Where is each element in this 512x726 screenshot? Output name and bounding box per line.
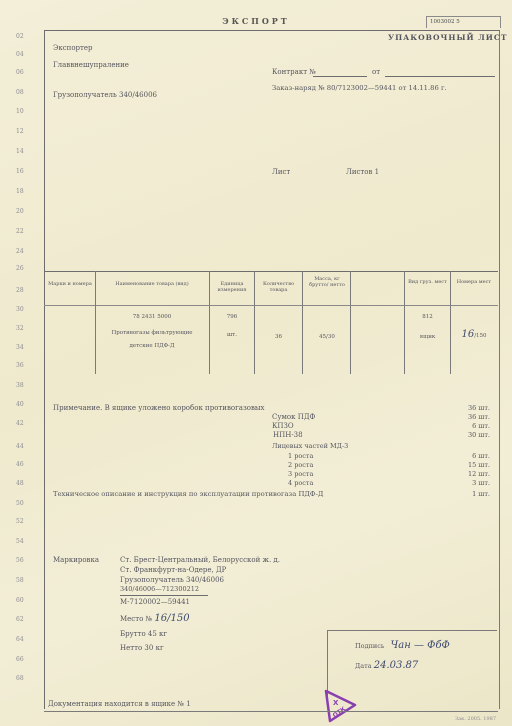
row-number: 48	[16, 480, 36, 487]
consignee: Грузополучатель 340/46006	[53, 91, 157, 99]
row-number: 18	[16, 188, 36, 195]
sheet-label: Лист	[272, 168, 290, 176]
row-number: 46	[16, 461, 36, 468]
marking-line: 340/46006—712300212	[120, 585, 199, 593]
row-number: 20	[16, 208, 36, 215]
marking-place: Место № 16/150	[120, 613, 190, 624]
row-number: 44	[16, 443, 36, 450]
exporter-label: Экспортер	[53, 44, 93, 52]
row-number: 56	[16, 557, 36, 564]
contract-number-line	[313, 76, 367, 77]
sheets-count: Листов 1	[346, 168, 379, 176]
marking-line: М-7120002—59441	[120, 598, 190, 606]
date-row: Дата 24.03.87	[355, 660, 418, 671]
row-number: 52	[16, 518, 36, 525]
col-divider	[404, 271, 405, 374]
contract-date-line	[385, 76, 495, 77]
svg-text:X: X	[333, 699, 339, 707]
header-place-numbers: Номера мест	[451, 279, 497, 285]
date-label: Дата	[355, 662, 372, 670]
row-number: 62	[16, 616, 36, 623]
signature-row: Подпись Чан — ФбФ	[355, 640, 450, 651]
cell-quantity: 36	[255, 334, 302, 340]
handwritten-place: 16/150	[154, 613, 189, 624]
note-item-qty: 30 шт.	[430, 431, 490, 439]
row-number: 34	[16, 344, 36, 351]
marking-line: Грузополучатель 340/46006	[120, 576, 224, 584]
row-number: 22	[16, 228, 36, 235]
form-frame	[44, 30, 500, 709]
marking-net: Нетто 30 кг	[120, 644, 164, 652]
row-number: 60	[16, 597, 36, 604]
col-divider	[450, 271, 451, 374]
marking-label: Маркировка	[53, 556, 99, 564]
row-number: 58	[16, 577, 36, 584]
row-number: 64	[16, 636, 36, 643]
row-number: 54	[16, 538, 36, 545]
note-item-qty: 36 шт.	[430, 413, 490, 421]
cell-place-number: 16/150	[451, 329, 497, 340]
contract-from-label: от	[372, 68, 380, 76]
print-mark: Зак. 2005. 1987	[455, 716, 496, 722]
cell-mass: 45/30	[304, 334, 350, 340]
row-number: 14	[16, 148, 36, 155]
note-item-qty: 6 шт.	[430, 452, 490, 460]
row-number: 42	[16, 420, 36, 427]
row-number: 02	[16, 33, 36, 40]
row-number: 32	[16, 325, 36, 332]
row-number: 26	[16, 265, 36, 272]
row-number: 08	[16, 89, 36, 96]
place-label: Место №	[120, 615, 152, 623]
exporter-value: Главвнешупраление	[53, 61, 129, 69]
svg-text:ОТК: ОТК	[332, 706, 348, 720]
note-item-label: 2 роста	[288, 461, 313, 469]
note-item-label: 3 роста	[288, 470, 313, 478]
note-item-label: Сумок ПДФ	[272, 413, 315, 421]
document-number: 1003002 5	[426, 16, 501, 28]
note-item-label: НПН-38	[273, 431, 303, 439]
row-number: 68	[16, 675, 36, 682]
row-number: 50	[16, 500, 36, 507]
row-number: 40	[16, 401, 36, 408]
cell-name-line1: Противогазы фильтрующие	[96, 330, 208, 336]
row-number: 06	[16, 69, 36, 76]
header-mass: Масса, кг брутто/ нетто	[304, 276, 350, 288]
handwritten-signature: Чан — ФбФ	[391, 640, 450, 651]
document-page: 0204060810121416182022242628303234363840…	[0, 0, 512, 726]
marking-gross: Брутто 45 кг	[120, 630, 167, 638]
note-intro: Примечание. В ящике уложено коробок прот…	[53, 404, 264, 412]
row-number: 04	[16, 51, 36, 58]
cell-name-line2: детские ПДФ-Д	[96, 343, 208, 349]
note-item-label: КПЗО	[272, 422, 294, 430]
header-unit: Единица измерения	[210, 281, 254, 293]
header-name: Наименование товара (вид)	[96, 281, 208, 287]
contract-label: Контракт №	[272, 68, 316, 76]
handwritten-place-number: 16	[461, 329, 474, 340]
row-number: 16	[16, 168, 36, 175]
row-number: 24	[16, 248, 36, 255]
row-number: 38	[16, 382, 36, 389]
marking-divider	[120, 595, 208, 596]
document-type: УПАКОВОЧНЫЙ ЛИСТ	[388, 33, 507, 42]
documentation-location: Документация находится в ящике № 1	[48, 700, 191, 708]
handwritten-date: 24.03.87	[374, 660, 419, 671]
header-quantity: Количество товара	[255, 281, 302, 293]
table-top-border	[44, 271, 498, 272]
row-number: 10	[16, 108, 36, 115]
manual-qty: 1 шт.	[430, 490, 490, 498]
cell-unit: шт.	[210, 332, 254, 338]
cell-unit-code: 796	[210, 314, 254, 320]
col-divider	[350, 271, 351, 374]
marking-line: Ст. Франкфурт-на-Одере, ДР	[120, 566, 226, 574]
marking-line: Ст. Брест-Центральный, Белорусской ж. д.	[120, 556, 280, 564]
form-bottom-border	[44, 711, 498, 712]
table-header-border	[44, 305, 498, 306]
row-number: 12	[16, 128, 36, 135]
triangle-stamp-icon: X ОТК	[322, 688, 358, 724]
row-number: 66	[16, 656, 36, 663]
note-item-qty: 3 шт.	[430, 479, 490, 487]
note-item-qty: 6 шт.	[430, 422, 490, 430]
header-marks: Марки и номера	[46, 281, 94, 287]
cell-code: 78 2431 5000	[96, 314, 208, 320]
header-package-type: Вид груз. мест	[405, 279, 450, 285]
signature-box-top	[327, 630, 497, 631]
note-item-qty: 12 шт.	[430, 470, 490, 478]
note-item-label: Лицевых частей МД-3	[272, 442, 348, 450]
note-item-label: 1 роста	[288, 452, 313, 460]
manual-line: Техническое описание и инструкция по экс…	[53, 490, 323, 498]
row-number: 30	[16, 306, 36, 313]
note-qty-boxes: 36 шт.	[430, 404, 490, 412]
cell-package-type: ящик	[405, 334, 450, 340]
col-divider	[302, 271, 303, 374]
row-number: 36	[16, 362, 36, 369]
cell-package-code: 812	[405, 314, 450, 320]
place-total: /150	[474, 333, 486, 339]
note-item-qty: 15 шт.	[430, 461, 490, 469]
signature-label: Подпись	[355, 642, 384, 650]
note-item-label: 4 роста	[288, 479, 313, 487]
row-number: 28	[16, 287, 36, 294]
order-number: Заказ-наряд № 80/7123002—59441 от 14.11.…	[272, 84, 447, 92]
